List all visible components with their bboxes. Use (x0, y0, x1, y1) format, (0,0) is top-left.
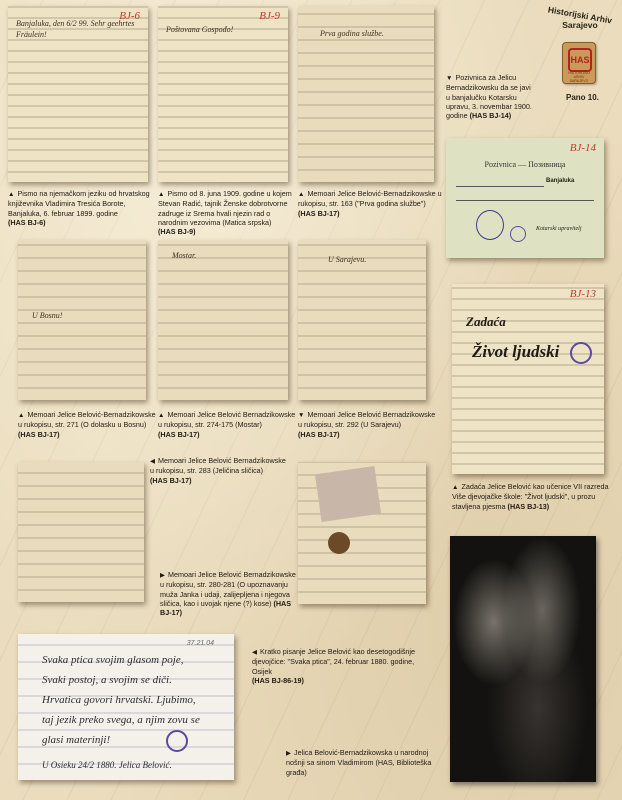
handwriting-text: Mostar. (172, 250, 280, 261)
hair-lock-icon (328, 532, 350, 554)
document-memoir-p283[interactable] (18, 462, 144, 602)
arrow-down-icon: ▼ (446, 75, 452, 82)
note-date-mark: 37.21.04 (187, 640, 214, 647)
archive-header: Historijski Arhiv Sarajevo (540, 10, 620, 30)
caption-bj6: ▲Pismo na njemačkom jeziku od hrvatskog … (8, 189, 153, 227)
arrow-up-icon: ▲ (8, 191, 14, 198)
handwriting-text: Prva godina službe. (320, 28, 426, 39)
panel-label: Pano 10. (566, 93, 599, 102)
arrow-up-icon: ▲ (452, 484, 458, 491)
document-memoir-p292[interactable]: U Sarajevu. (298, 240, 426, 400)
arrow-up-icon: ▲ (158, 412, 164, 419)
round-stamp-icon (570, 342, 592, 364)
document-code: BJ-13 (570, 288, 596, 300)
caption-bj86: ◀Kratko pisanje Jelice Belović kao deset… (252, 647, 432, 685)
card-place: Banjaluka (546, 178, 574, 184)
coat-of-arms-seal-icon (476, 210, 504, 240)
note-line: taj jezik preko svega, a njim zovu se (42, 714, 200, 726)
card-signature: Kotarski upravitelj (536, 226, 582, 232)
homework-title: Život ljudski (472, 342, 559, 362)
document-memoir-p280[interactable] (298, 462, 426, 604)
arrow-left-icon: ◀ (150, 458, 155, 465)
handwriting-text: Banjaluka, den 6/2 99. Sehr geehrtes Frä… (16, 18, 140, 40)
caption-bj9: ▲Pismo od 8. juna 1909. godine u kojem S… (158, 189, 293, 236)
arrow-up-icon: ▲ (158, 191, 164, 198)
caption-memoir-p283: ◀Memoari Jelice Belović Bernadzikowske u… (150, 456, 290, 485)
document-homework-bj13[interactable]: BJ-13 Zadaća Život ljudski (452, 284, 604, 474)
note-line: glasi materinji! (42, 734, 110, 746)
caption-photo: ▶Jelica Belović-Bernadzikowska u narodno… (286, 748, 444, 777)
caption-bj14: ▼Pozivnica za Jelicu Bernadzikowsku da s… (446, 73, 536, 120)
document-letter-bj6[interactable]: BJ-6 Banjaluka, den 6/2 99. Sehr geehrte… (8, 6, 148, 182)
document-memoir-p274[interactable]: Mostar. (158, 240, 288, 400)
has-logo-icon: HAS HISTORIJSKI ARHIV SARAJEVO (562, 42, 596, 84)
arrow-down-icon: ▼ (298, 412, 304, 419)
arrow-right-icon: ▶ (160, 572, 165, 579)
caption-memoir-p274: ▲Memoari Jelice Belović Bernadzikowske u… (158, 410, 298, 439)
caption-memoir-p292: ▼Memoari Jelice Belović Bernadzikowske u… (298, 410, 438, 439)
note-line: Hrvatica govori hrvatski. Ljubimo, (42, 694, 196, 706)
caption-memoir-p163: ▲Memoari Jelice Belović-Bernadzikowske u… (298, 189, 443, 218)
round-stamp-icon (510, 226, 526, 242)
handwriting-text: U Sarajevu. (328, 254, 418, 265)
logo-letters: HAS (568, 48, 592, 72)
document-svaka-ptica[interactable]: 37.21.04 Svaka ptica svojim glasom poje,… (18, 634, 234, 780)
note-line: Svaki postoj, a svojim se diči. (42, 674, 172, 686)
note-footer: U Osieku 24/2 1880. Jelica Belović. (42, 760, 172, 770)
attached-photo-icon (315, 466, 381, 522)
caption-memoir-p280: ▶Memoari Jelice Belović Bernadzikowske u… (160, 570, 300, 617)
document-memoir-p271[interactable]: U Bosnu! (18, 240, 146, 400)
arrow-left-icon: ◀ (252, 649, 257, 656)
card-title: Pozivnica — Позивница (446, 160, 604, 169)
logo-small-text: HISTORIJSKI ARHIV SARAJEVO (565, 71, 593, 83)
document-invitation-bj14[interactable]: BJ-14 Pozivnica — Позивница Banjaluka Ko… (446, 138, 604, 258)
note-line: Svaka ptica svojim glasom poje, (42, 654, 183, 666)
arrow-right-icon: ▶ (286, 750, 291, 757)
handwriting-text: Poštovana Gospođo! (166, 24, 280, 35)
handwriting-text: U Bosnu! (32, 310, 138, 321)
caption-bj13: ▲Zadaća Jelice Belović kao učenice VII r… (452, 482, 612, 511)
arrow-up-icon: ▲ (298, 191, 304, 198)
document-memoir-p163[interactable]: Prva godina službe. (298, 6, 434, 182)
document-letter-bj9[interactable]: BJ-9 Poštovana Gospođo! (158, 6, 288, 182)
round-stamp-icon (166, 730, 188, 752)
caption-memoir-p271: ▲Memoari Jelice Belović-Bernadzikowske u… (18, 410, 158, 439)
photo-jelica-with-son (450, 536, 596, 782)
homework-heading: Zadaća (466, 314, 506, 330)
arrow-up-icon: ▲ (18, 412, 24, 419)
document-code: BJ-14 (570, 142, 596, 154)
document-code: BJ-9 (259, 10, 280, 22)
